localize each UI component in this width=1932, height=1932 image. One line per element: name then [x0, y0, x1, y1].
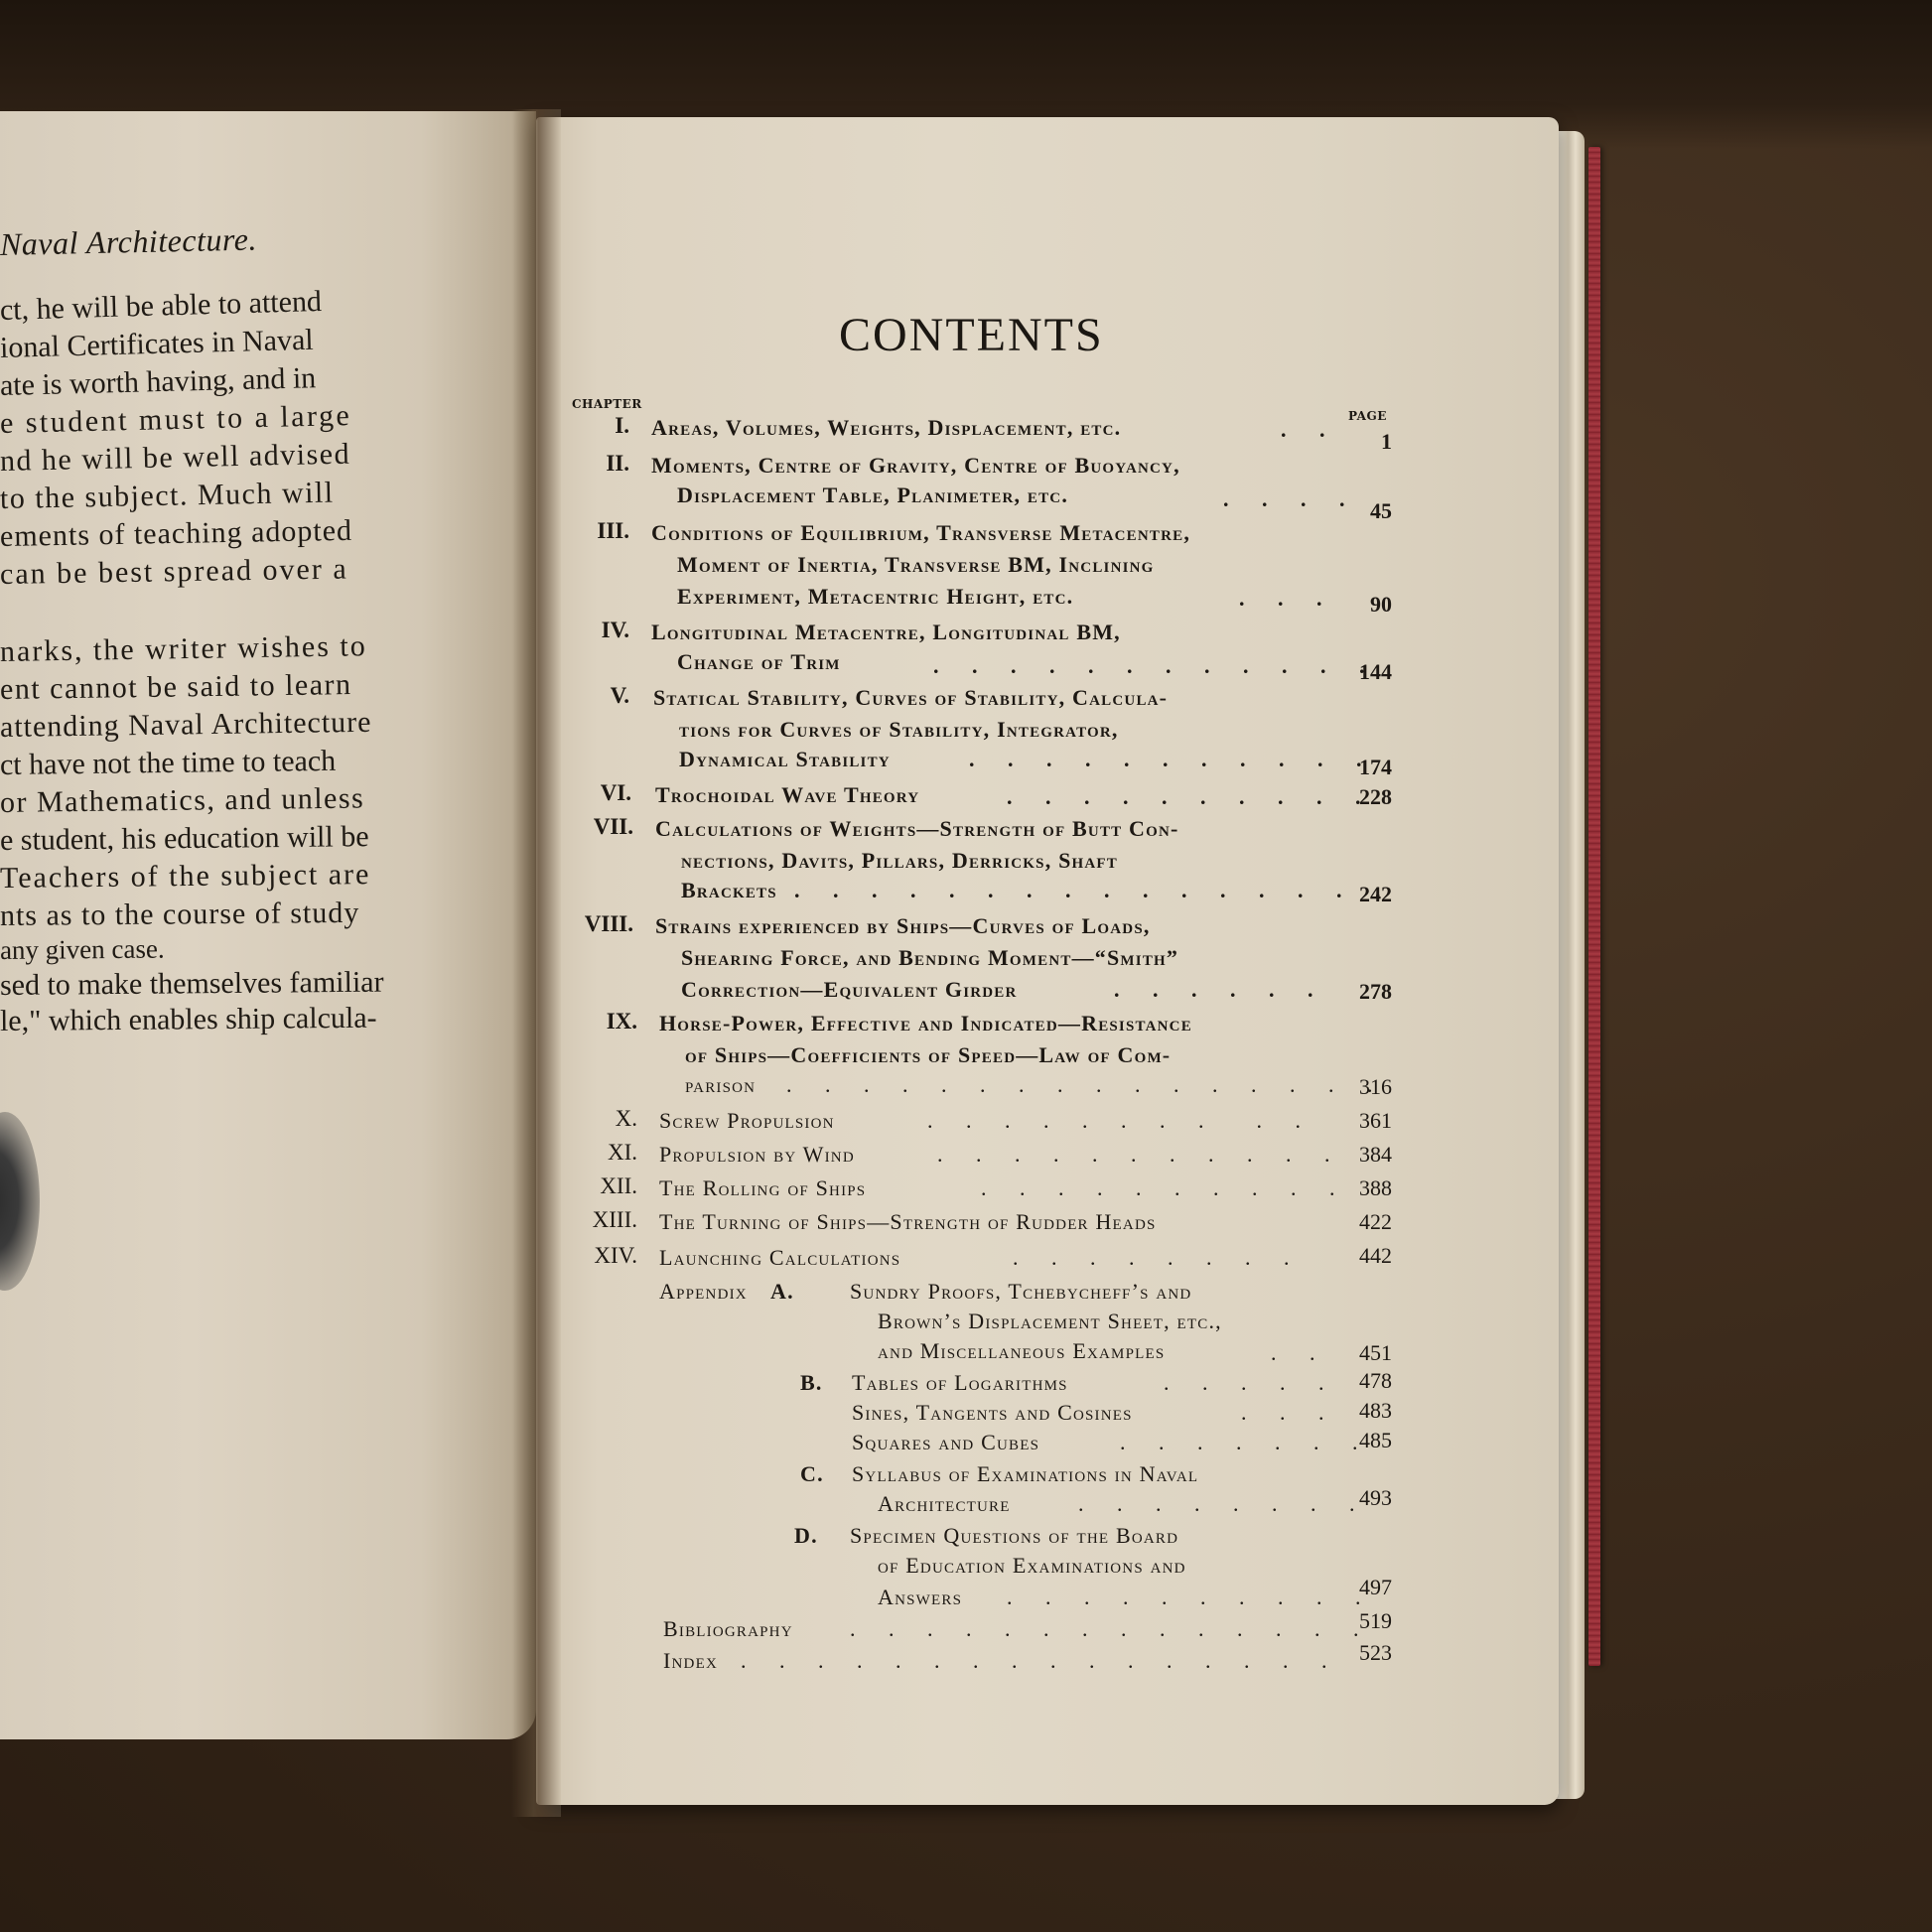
chapter-title-continued: Brackets	[681, 878, 777, 903]
appendix-title: Specimen Questions of the Board	[850, 1523, 1178, 1549]
page-number: 493	[1340, 1485, 1392, 1511]
back-matter-title: Index	[663, 1648, 718, 1674]
page-number: 422	[1340, 1209, 1392, 1235]
appendix-title: Sines, Tangents and Cosines	[852, 1400, 1133, 1426]
page-number: 483	[1340, 1398, 1392, 1424]
body-line: can be best spread over a	[0, 552, 348, 592]
page-number: 497	[1340, 1575, 1392, 1600]
page-number: 388	[1340, 1175, 1392, 1201]
appendix-title: Syllabus of Examinations in Naval	[852, 1461, 1198, 1487]
chapter-number: VIII.	[574, 911, 633, 937]
chapter-title: Conditions of Equilibrium, Transverse Me…	[651, 520, 1190, 546]
page-number: 242	[1340, 882, 1392, 907]
body-line: narks, the writer wishes to	[0, 629, 367, 669]
page-number: 451	[1340, 1340, 1392, 1366]
chapter-title: Screw Propulsion	[659, 1108, 835, 1134]
chapter-title: Launching Calculations	[659, 1245, 900, 1271]
chapter-title: The Turning of Ships—Strength of Rudder …	[659, 1209, 1157, 1235]
chapter-number: VII.	[574, 814, 633, 840]
leader-dots: . . .	[1241, 1400, 1338, 1426]
appendix-letter: B.	[800, 1370, 823, 1396]
page-number: 478	[1340, 1368, 1392, 1394]
chapter-title: Moments, Centre of Gravity, Centre of Bu…	[651, 453, 1180, 479]
body-line: attending Naval Architecture	[0, 706, 372, 745]
chapter-number: XIV.	[578, 1243, 637, 1269]
page-number: 384	[1340, 1142, 1392, 1168]
chapter-title-continued: nections, Davits, Pillars, Derricks, Sha…	[681, 848, 1118, 874]
body-line: ent cannot be said to learn	[0, 668, 352, 707]
appendix-title: Sundry Proofs, Tchebycheff’s and	[850, 1279, 1191, 1305]
appendix-title-continued: and Miscellaneous Examples	[878, 1338, 1165, 1364]
chapter-title: Trochoidal Wave Theory	[655, 782, 919, 808]
page-number: 485	[1340, 1428, 1392, 1453]
leader-dots: . . . . . . . . . . .	[969, 747, 1376, 772]
page-title: CONTENTS	[839, 308, 1104, 362]
chapter-title-continued: Change of Trim	[677, 649, 841, 675]
chapter-title: Horse-Power, Effective and Indicated—Res…	[659, 1011, 1192, 1036]
back-matter-title: Bibliography	[663, 1616, 793, 1642]
appendix-title-continued: Brown’s Displacement Sheet, etc.,	[878, 1309, 1222, 1334]
body-line: ct have not the time to teach	[0, 745, 336, 782]
chapter-number: III.	[570, 518, 629, 544]
chapter-title: Strains experienced by Ships—Curves of L…	[655, 913, 1151, 939]
leader-dots: . .	[1271, 1340, 1329, 1366]
chapter-title: Calculations of Weights—Strength of Butt…	[655, 816, 1179, 842]
page-number: 442	[1340, 1243, 1392, 1269]
chapter-title-continued: Dynamical Stability	[679, 747, 891, 772]
body-line: le," which enables ship calcula-	[0, 1002, 377, 1038]
page-number: 174	[1340, 755, 1392, 780]
appendix-title-continued: of Education Examinations and	[878, 1553, 1186, 1579]
leader-dots: . . . . . . . . . .	[1007, 784, 1375, 810]
chapter-number: IX.	[578, 1009, 637, 1035]
chapter-number: XIII.	[578, 1207, 637, 1233]
page-number: 144	[1340, 659, 1392, 685]
page-number: 519	[1340, 1608, 1392, 1634]
leader-dots: . . . .	[1223, 486, 1359, 512]
chapter-title: Areas, Volumes, Weights, Displacement, e…	[651, 415, 1121, 441]
leader-dots: . . . . . . . .	[1078, 1491, 1369, 1517]
appendix-title-continued: Answers	[878, 1585, 962, 1610]
chapter-title-continued: tions for Curves of Stability, Integrato…	[679, 717, 1119, 743]
appendix-title-continued: Architecture	[878, 1491, 1011, 1517]
book-gutter	[511, 109, 561, 1817]
chapter-title: Statical Stability, Curves of Stability,…	[653, 685, 1168, 711]
leader-dots: . . . . . . .	[1120, 1430, 1372, 1455]
leader-dots: . . . . . .	[1114, 977, 1327, 1003]
chapter-number: IV.	[570, 618, 629, 643]
leader-dots: . . . . . . . . . .	[927, 1108, 1314, 1134]
appendix-letter: D.	[794, 1523, 818, 1549]
page-number: 90	[1340, 592, 1392, 618]
chapter-title-continued: parison	[685, 1072, 756, 1098]
page-number: 45	[1340, 498, 1392, 524]
appendix-title: Squares and Cubes	[852, 1430, 1039, 1455]
chapter-title-continued: Displacement Table, Planimeter, etc.	[677, 483, 1068, 508]
chapter-number: X.	[578, 1106, 637, 1132]
body-line: nts as to the course of study	[0, 897, 359, 933]
leader-dots: . . . . .	[1164, 1370, 1338, 1396]
chapter-title-continued: Shearing Force, and Bending Moment—“Smit…	[681, 945, 1178, 971]
chapter-title-continued: Moment of Inertia, Transverse BM, Inclin…	[677, 552, 1155, 578]
body-line: Teachers of the subject are	[0, 858, 371, 896]
leader-dots: . . . . . . . . . . . . . . . .	[786, 1072, 1387, 1098]
leader-dots: . .	[1281, 417, 1339, 443]
leader-dots: . . .	[1239, 586, 1336, 612]
chapter-number: V.	[570, 683, 629, 709]
running-head: Naval Architecture.	[0, 221, 257, 263]
body-line: e student, his education will be	[0, 820, 369, 858]
leader-dots: . . . . . . . . . .	[981, 1175, 1349, 1201]
leader-dots: . . . . . . . .	[1013, 1245, 1304, 1271]
body-line: or Mathematics, and unless	[0, 782, 364, 820]
body-line: ements of teaching adopted	[0, 514, 352, 554]
page-number: 228	[1340, 784, 1392, 810]
leader-dots: . . . . . . . . . . .	[937, 1142, 1344, 1168]
appendix-label: Appendix	[659, 1279, 748, 1305]
chapter-title-continued: Experiment, Metacentric Height, etc.	[677, 584, 1073, 610]
body-line: any given case.	[0, 934, 165, 966]
chapter-title: Propulsion by Wind	[659, 1142, 855, 1168]
page-number: 316	[1340, 1074, 1392, 1100]
chapter-number: VI.	[572, 780, 631, 806]
appendix-letter: A.	[770, 1279, 794, 1305]
chapter-title: Longitudinal Metacentre, Longitudinal BM…	[651, 620, 1121, 645]
page-number: 523	[1340, 1640, 1392, 1666]
chapter-number: I.	[570, 413, 629, 439]
body-line: sed to make themselves familiar	[0, 966, 384, 1003]
page-number: 1	[1340, 429, 1392, 455]
chapter-title-continued: of Ships—Coefficients of Speed—Law of Co…	[685, 1042, 1171, 1068]
book-cover-edge	[1588, 147, 1600, 1666]
leader-dots: . . . . . . . . . .	[1007, 1585, 1375, 1610]
leader-dots: . . . . . . . . . . . .	[933, 653, 1379, 679]
chapter-title: The Rolling of Ships	[659, 1175, 866, 1201]
body-line: to the subject. Much will	[0, 477, 335, 516]
leader-dots: . . . . . . . . . . . . . . . .	[794, 878, 1395, 903]
page-number: 278	[1340, 979, 1392, 1005]
chapter-number: XI.	[578, 1140, 637, 1166]
chapter-number: II.	[570, 451, 629, 477]
leader-dots: . . . . . . . . . . . . . . . .	[741, 1648, 1341, 1674]
chapter-number: XII.	[578, 1173, 637, 1199]
appendix-letter: C.	[800, 1461, 824, 1487]
appendix-title: Tables of Logarithms	[852, 1370, 1068, 1396]
page-column-label: PAGE	[1348, 409, 1387, 423]
page-number: 361	[1340, 1108, 1392, 1134]
chapter-column-label: CHAPTER	[572, 397, 642, 411]
chapter-title-continued: Correction—Equivalent Girder	[681, 977, 1018, 1003]
leader-dots: . . . . . . . . . . . . . .	[850, 1616, 1373, 1642]
